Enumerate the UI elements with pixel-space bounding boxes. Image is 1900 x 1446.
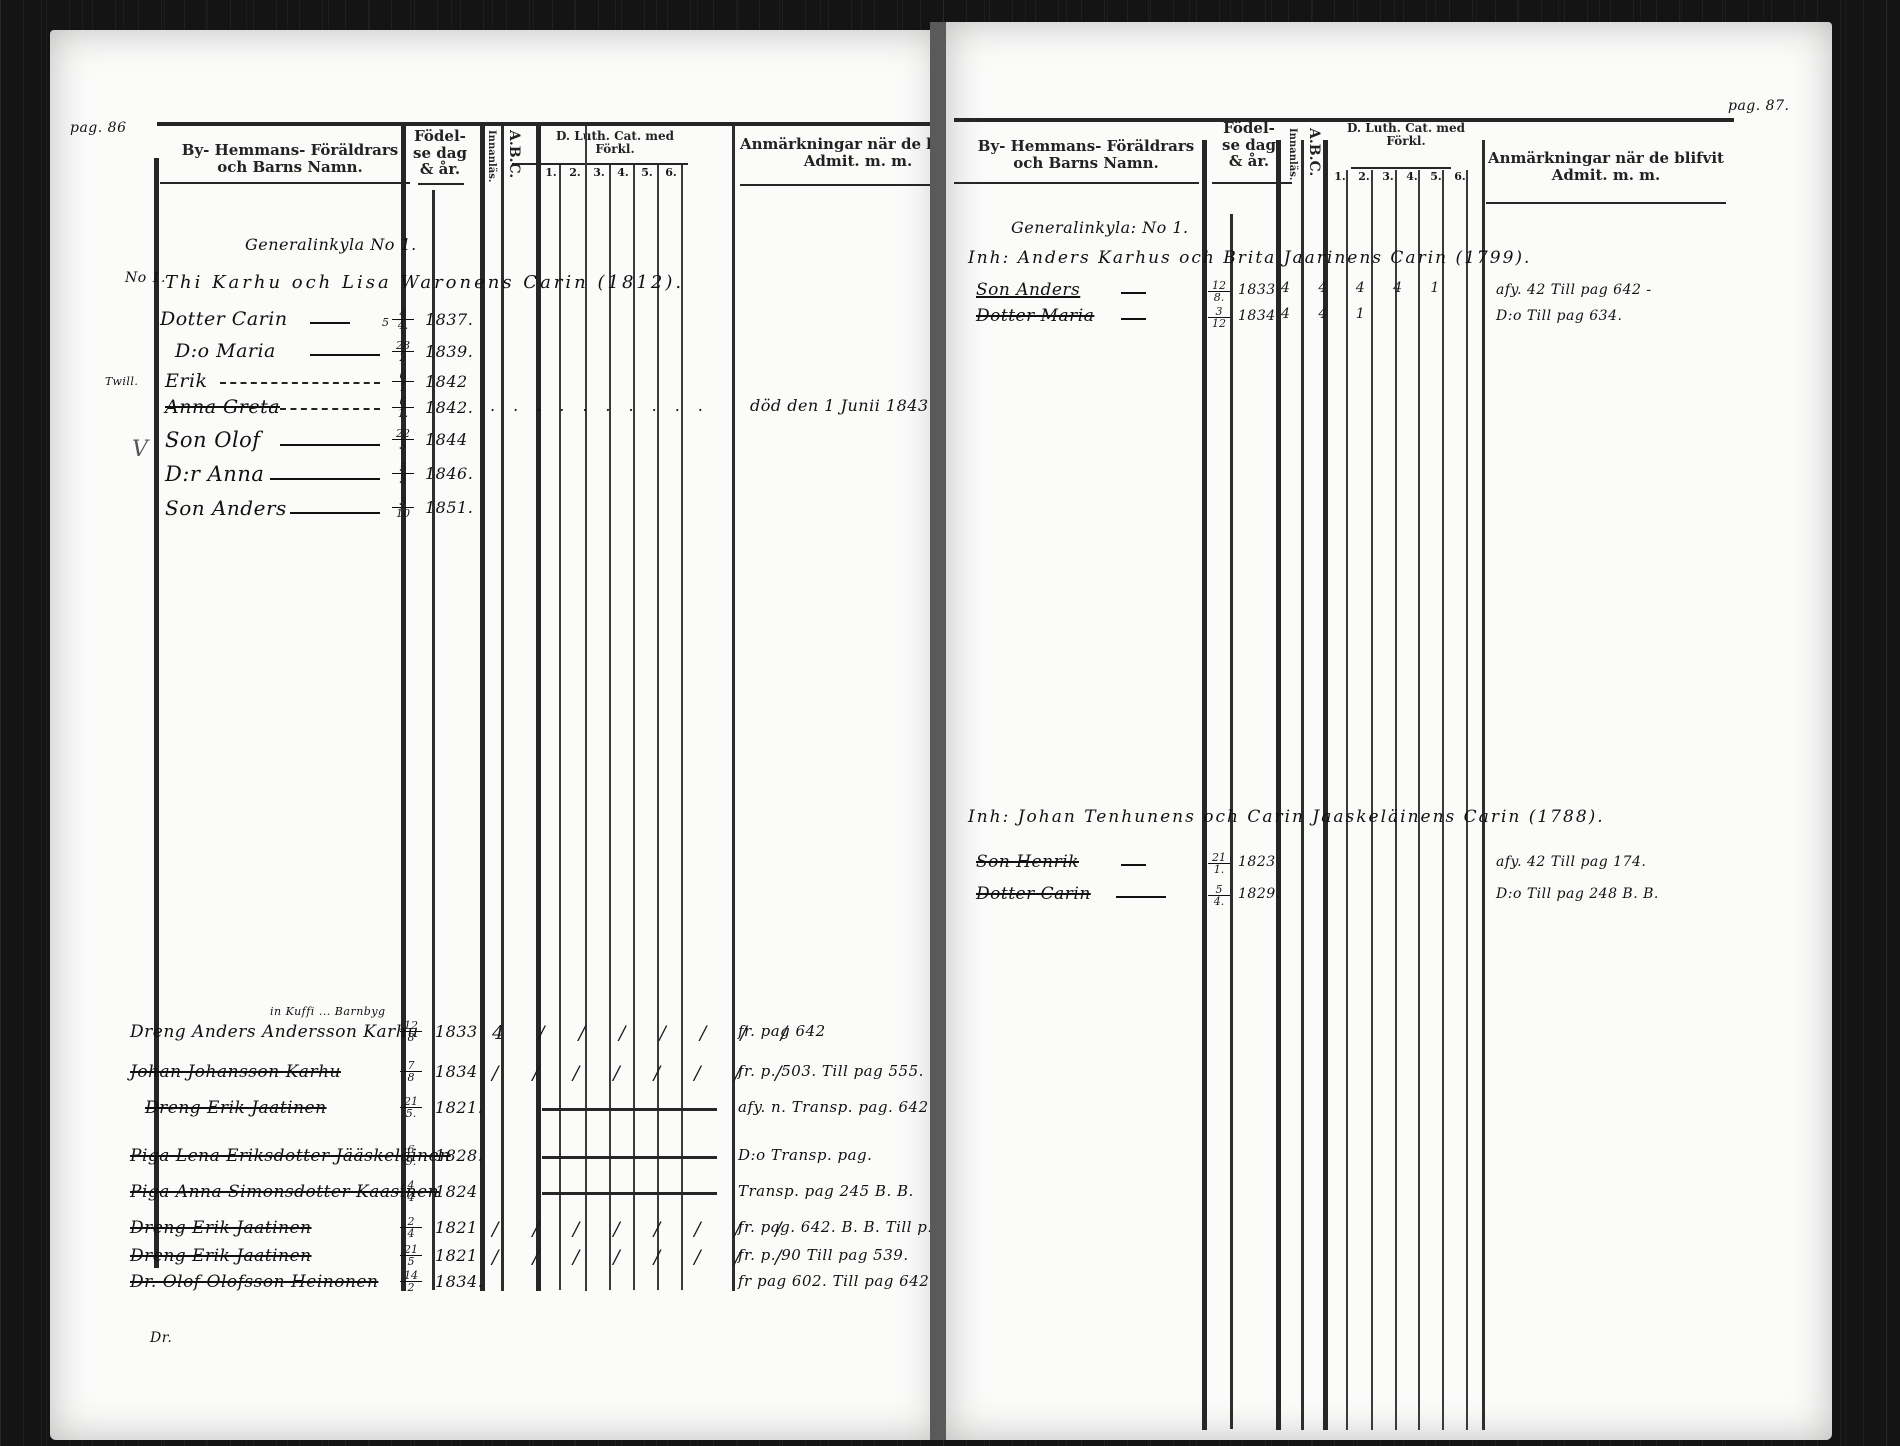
header-catechism-col: D. Luth. Cat. med Förkl. — [540, 130, 690, 156]
header-catechism-col: D. Luth. Cat. med Förkl. — [1326, 122, 1486, 148]
header-abc-col: A.B.C. — [1306, 128, 1322, 176]
remark: D:o Transp. pag. — [738, 1146, 872, 1164]
parents-line: Inh: Johan Tenhunens och Carin Jaaskeläi… — [968, 807, 1605, 827]
page-ref-left: pag. 86 — [70, 120, 127, 136]
servant-row: Dr. Olof Olofsson Heinonen 142 1834. fr … — [130, 1270, 960, 1302]
parents-line: Thi Karhu och Lisa Waronens Carin (1812)… — [165, 272, 684, 293]
header-birth-col: Födel- se dag & år. — [410, 128, 470, 178]
birth-year: 1839. — [425, 342, 473, 361]
remark: Transp. pag 245 B. B. — [738, 1182, 914, 1200]
birth-day: 61. — [392, 396, 414, 419]
servant-row: Piga Anna Simonsdotter Kaasinen 44 1824 … — [130, 1180, 960, 1212]
header-name-col: By- Hemmans- Föräldrars och Barns Namn. — [966, 138, 1206, 171]
entry-row: Son Olof 223 1844 — [160, 428, 480, 458]
remark: afy. 42 Till pag 642 - — [1496, 282, 1652, 298]
servant-row: Dreng Erik Jaatinen 215. 1821. afy. n. T… — [130, 1096, 960, 1128]
remark: fr pag 602. Till pag 642 — [738, 1272, 929, 1290]
remark: fr. pag. 642. B. B. Till p. 90 — [738, 1218, 958, 1236]
household-heading: Generalinkyla: No 1. — [1011, 218, 1189, 237]
birth-year: 1842 — [425, 372, 468, 391]
catechism-subcols: 1. 2. 3. 4. 5. 6. — [1328, 170, 1478, 183]
check-mark: V — [132, 437, 148, 462]
remark: fr. p. 503. Till pag 555. — [738, 1062, 924, 1080]
parents-line: Inh: Anders Karhus och Brita Jaarinens C… — [968, 248, 1531, 268]
household-number: No 1. — [125, 270, 166, 286]
header-bottom-rule-birth — [418, 183, 464, 185]
remark: död den 1 Junii 1843. — [750, 396, 934, 415]
birth-year: 1837. — [425, 310, 473, 329]
remark: afy. 42 Till pag 174. — [1496, 854, 1646, 870]
servant-row: Piga Lena Eriksdotter Jääskeläinen 69. 1… — [130, 1144, 960, 1176]
birth-day: 223 — [392, 428, 414, 451]
header-innanlas-col: Innanläs. — [1287, 128, 1298, 180]
remark: fr. pag 642 — [738, 1022, 826, 1040]
birth-day: 282 — [392, 340, 414, 363]
entry-row: Dotter Carin 5 44. 1837. — [160, 308, 480, 338]
household-heading: Generalinkyla No 1. — [245, 235, 417, 254]
header-top-rule — [157, 122, 977, 126]
servant-row: Johan Johansson Karhu 78 1834 / / / / / … — [130, 1060, 960, 1092]
entry-row: Anna Greta 61. 1842. .......... död den … — [160, 396, 960, 426]
entry-row: Son Anders 128. 1833 4 4 4 4 1 afy. 42 T… — [976, 280, 1796, 308]
birth-year: 1851. — [425, 498, 473, 517]
bottom-mark: Dr. — [150, 1330, 172, 1346]
birth-year: 1844 — [425, 430, 468, 449]
birth-year: 1842. — [425, 398, 473, 417]
header-abc-col: A.B.C. — [506, 130, 522, 178]
entry-row: Dotter Maria 312 1834 4 4 1 D:o Till pag… — [976, 306, 1796, 334]
entry-row: Son Anders 310 1851. — [160, 496, 480, 526]
birth-day: 61 — [392, 370, 414, 393]
left-page: pag. 86 By- Hemmans- Föräldrars och Barn… — [50, 30, 940, 1440]
right-page: pag. 87. By- Hemmans- Föräldrars och Bar… — [946, 22, 1832, 1440]
header-name-col: By- Hemmans- Föräldrars och Barns Namn. — [170, 142, 410, 175]
remark: D:o Till pag 634. — [1496, 308, 1622, 324]
remark: fr. p. 90 Till pag 539. — [738, 1246, 909, 1264]
page-ref-right: pag. 87. — [1728, 98, 1789, 114]
entry-row: D:o Maria 282 1839. — [160, 340, 480, 370]
remark: D:o Till pag 248 B. B. — [1496, 886, 1659, 902]
remark: afy. n. Transp. pag. 642. — [738, 1098, 934, 1116]
birth-year: 1846. — [425, 464, 473, 483]
catechism-subcols: 1. 2. 3. 4. 5. 6. — [539, 166, 689, 179]
header-birth-col: Födel- se dag & år. — [1214, 120, 1284, 170]
header-innanlas-col: Innanläs. — [486, 130, 497, 182]
birth-day: 310 — [392, 496, 414, 519]
header-remarks-col: Anmärkningar när de blifvit Admit. m. m. — [1486, 150, 1726, 183]
entry-row: Son Henrik 211. 1823 afy. 42 Till pag 17… — [976, 852, 1796, 880]
birth-day: 44. — [392, 308, 414, 331]
entry-row: D:r Anna 55 1846. — [160, 462, 480, 492]
entry-row: Dotter Carin 54. 1829. D:o Till pag 248 … — [976, 884, 1796, 912]
servant-row: Dreng Anders Andersson Karhu 128 1833 4 … — [130, 1020, 960, 1052]
twins-note: Twill. — [105, 375, 138, 388]
birth-day: 55 — [392, 462, 414, 485]
header-bottom-rule-name — [160, 182, 410, 184]
